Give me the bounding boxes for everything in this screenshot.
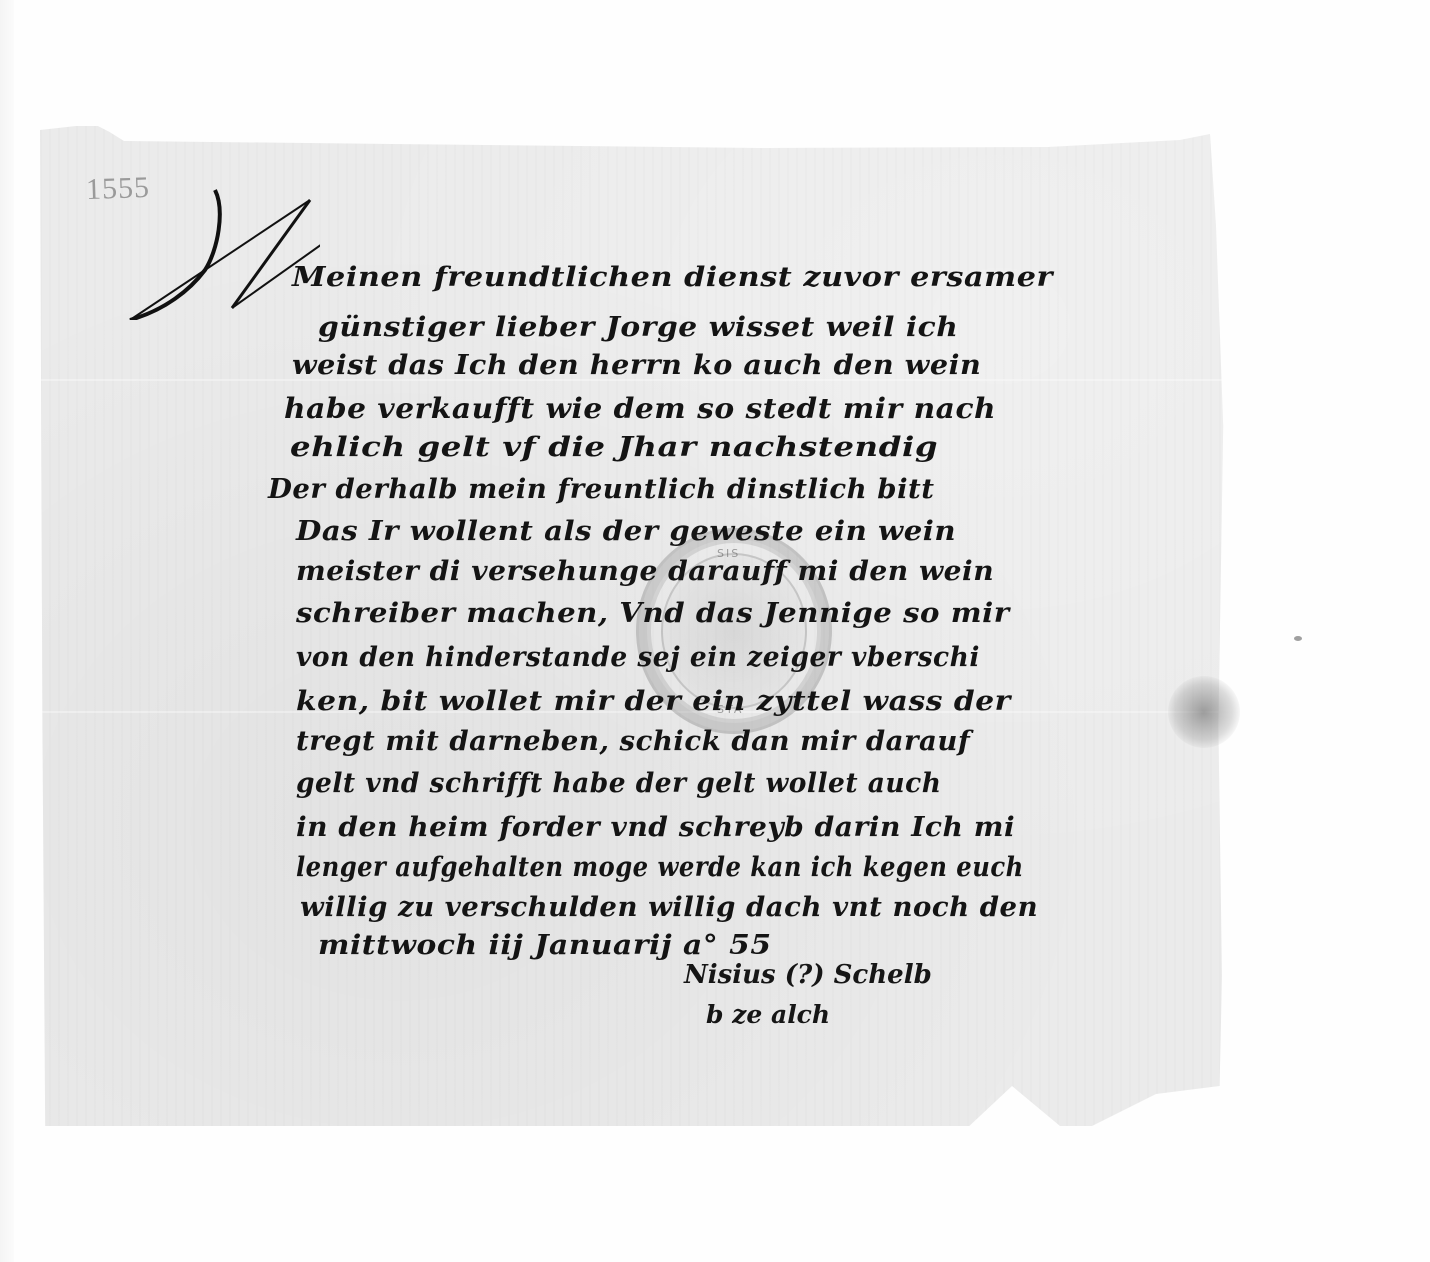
letter-line: in den heim forder vnd schreyb darin Ich… [296,812,1015,843]
letter-date-line: mittwoch iij Januarij a° 55 [318,930,772,961]
letter-line: schreiber machen, Vnd das Jennige so mir [296,598,1010,629]
letter-line: willig zu verschulden willig dach vnt no… [300,892,1038,923]
letter-line: habe verkaufft wie dem so stedt mir nach [284,392,996,425]
letter-line: ken, bit wollet mir der ein zyttel wass … [296,686,1011,717]
letter-line: günstiger lieber Jorge wisset weil ich [318,312,958,343]
letter-line: Der derhalb mein freuntlich dinstlich bi… [268,474,935,505]
letter-line: weist das Ich den herrn ko auch den wein [292,350,981,381]
letter-line: Meinen freundtlichen dienst zuvor ersame… [292,262,1053,293]
letter-line: lenger aufgehalten moge werde kan ich ke… [296,852,1024,883]
signature-place: b ze alch [706,1000,830,1029]
letter-line: Das Ir wollent als der geweste ein wein [296,516,956,547]
initial-m-flourish [120,160,320,320]
letter-line: meister di versehunge darauff mi den wei… [296,556,994,587]
letter-line: von den hinderstande sej ein zeiger vber… [296,642,980,673]
letter-line: ehlich gelt vf die Jhar nachstendig [290,432,938,463]
scanner-edge [0,0,14,1262]
document-scan: 1555 SIS STA Meinen freundtlichen dienst… [0,0,1430,1262]
letter-line: gelt vnd schrifft habe der gelt wollet a… [296,768,941,799]
letter-line: tregt mit darneben, schick dan mir darau… [296,726,970,757]
signature-name: Nisius (?) Schelb [684,960,932,990]
ink-stain [1168,676,1240,748]
scan-speck [1294,636,1302,641]
